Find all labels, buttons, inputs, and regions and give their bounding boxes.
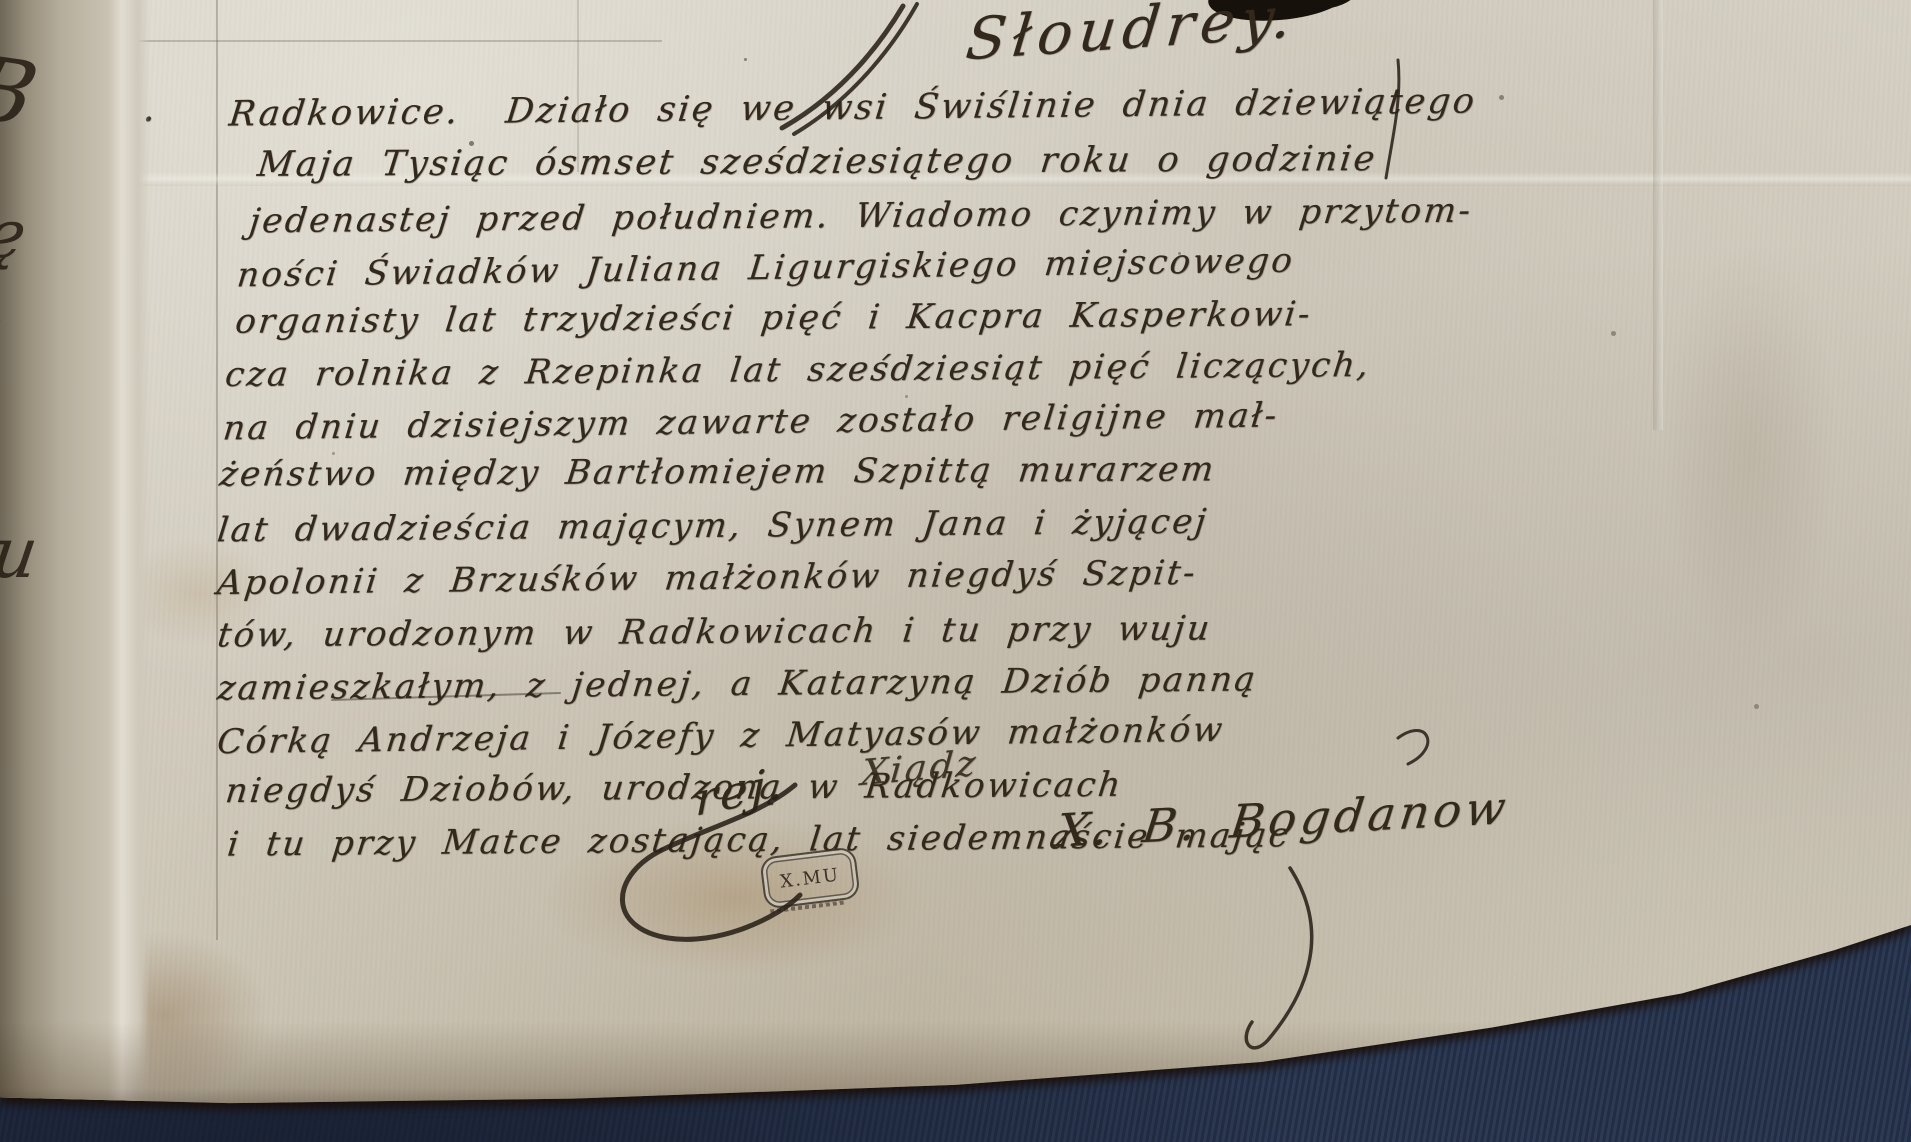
record-line: zamieszkałym, z jednej, a Katarzyną Dzió…: [215, 659, 1259, 708]
record-line: Apolonii z Brzuśków małżonków niegdyś Sz…: [215, 553, 1199, 603]
ledger-top-rule: [122, 40, 662, 42]
record-line: niegdyś Dziobów, urodzoną w Radkowicach: [223, 765, 1125, 811]
paper-stain: [1660, 240, 1840, 660]
record-line: Maja Tysiąc ósmset sześdziesiątego roku …: [255, 139, 1379, 185]
record-line: jedenastej przed południem. Wiadomo czyn…: [247, 191, 1475, 242]
stamp-text: X.MU: [779, 864, 841, 892]
header-script: Słoudrey.: [963, 0, 1301, 73]
record-line: na dniu dzisiejszym zawarte zostało reli…: [221, 396, 1281, 449]
signature-flourish-word: rej.: [695, 755, 785, 826]
record-line: Radkowice.Działo się we wsi Świślinie dn…: [227, 81, 1479, 134]
margin-rule: [216, 0, 218, 940]
document-scan: Słoudrey. 15. Radkowice.Działo się we ws…: [0, 0, 1911, 1142]
paper-page-wrap: Słoudrey. 15. Radkowice.Działo się we ws…: [0, 0, 1911, 1142]
record-line: żeństwo między Bartłomiejem Szpittą mura…: [217, 449, 1218, 494]
record-line: cza rolnika z Rzepinka lat sześdziesiąt …: [223, 345, 1373, 395]
place-name: Radkowice.: [227, 92, 462, 134]
adjacent-page-ink-fragment: lu: [0, 512, 43, 594]
record-line: tów, urodzonym w Radkowicach i tu przy w…: [215, 609, 1214, 656]
adjacent-page-ink-fragment: B: [0, 36, 48, 147]
adjacent-page-ink-fragment: i.: [0, 645, 19, 718]
vertical-crease: [1653, 0, 1663, 430]
record-text: Działo się we wsi Świślinie dnia dziewią…: [504, 81, 1479, 131]
binding-edge: B ję y lu i.: [0, 0, 150, 1142]
adjacent-page-ink-fragment: ję: [0, 196, 31, 273]
record-line: lat dwadzieścia mającym, Synem Jana i ży…: [215, 502, 1210, 551]
record-line: ności Świadków Juliana Ligurgiskiego mie…: [235, 241, 1297, 296]
record-line: Córką Andrzeja i Józefy z Matyasów małżo…: [215, 710, 1227, 762]
record-line: organisty lat trzydzieści pięć i Kacpra …: [233, 294, 1314, 342]
paper-page: Słoudrey. 15. Radkowice.Działo się we ws…: [0, 0, 1911, 1142]
